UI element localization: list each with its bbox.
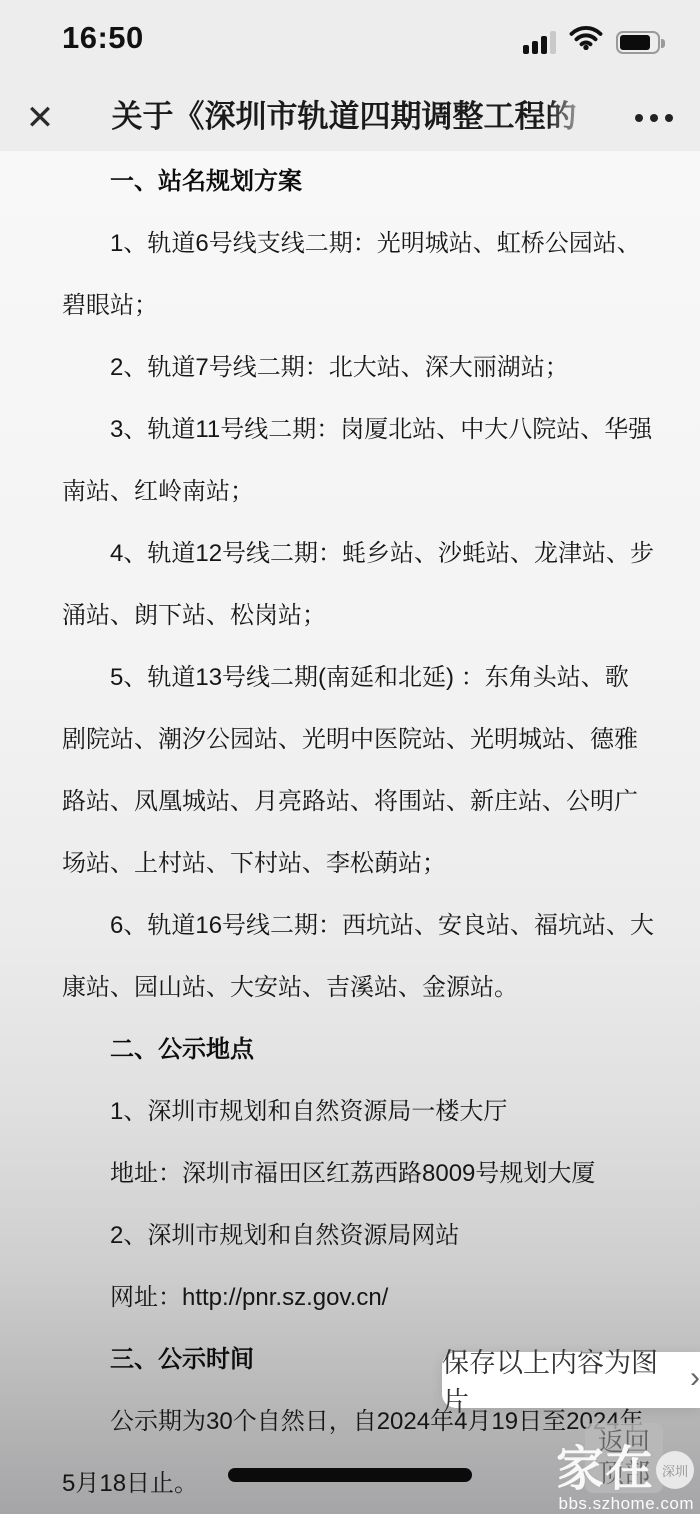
save-as-image-button[interactable]: 保存以上内容为图片 › <box>442 1352 700 1408</box>
back-to-top-button[interactable]: 返回 顶部 <box>585 1423 663 1493</box>
back-to-top-label-2: 顶部 <box>598 1458 650 1489</box>
status-icons <box>523 28 660 54</box>
doc-line: 1、轨道6号线支线二期：光明城站、虹桥公园站、 <box>0 213 700 275</box>
doc-line: 一、站名规划方案 <box>0 151 700 213</box>
doc-line: 2、深圳市规划和自然资源局网站 <box>0 1205 700 1267</box>
doc-line: 2、轨道7号线二期：北大站、深大丽湖站； <box>0 337 700 399</box>
doc-line: 路站、凤凰城站、月亮路站、将围站、新庄站、公明广 <box>0 771 700 833</box>
home-indicator[interactable] <box>228 1468 472 1482</box>
doc-line: 5、轨道13号线二期(南延和北延) ：东角头站、歌 <box>0 647 700 709</box>
clock: 16:50 <box>62 20 144 56</box>
doc-line: 康站、园山站、大安站、吉溪站、金源站。 <box>0 957 700 1019</box>
doc-line: 南站、红岭南站； <box>0 461 700 523</box>
doc-line: 地址：深圳市福田区红荔西路8009号规划大厦 <box>0 1143 700 1205</box>
back-to-top-label-1: 返回 <box>598 1427 650 1458</box>
doc-line: 6、轨道16号线二期：西坑站、安良站、福坑站、大 <box>0 895 700 957</box>
document-body: 一、站名规划方案1、轨道6号线支线二期：光明城站、虹桥公园站、碧眼站；2、轨道7… <box>0 151 700 1514</box>
doc-line: 1、深圳市规划和自然资源局一楼大厅 <box>0 1081 700 1143</box>
doc-line: 剧院站、潮汐公园站、光明中医院站、光明城站、德雅 <box>0 709 700 771</box>
status-bar: 16:50 <box>0 0 700 85</box>
title-wrap: 关于《深圳市轨道四期调整工程的 <box>80 85 608 151</box>
doc-line: 3、轨道11号线二期：岗厦北站、中大八院站、华强 <box>0 399 700 461</box>
close-icon[interactable]: ✕ <box>0 85 80 151</box>
wifi-icon <box>569 24 603 55</box>
title-fade <box>548 85 608 151</box>
chevron-right-icon: › <box>690 1363 700 1393</box>
cellular-signal-icon <box>523 31 556 54</box>
doc-line: 涌站、朗下站、松岗站； <box>0 585 700 647</box>
doc-line: 网址：http://pnr.sz.gov.cn/ <box>0 1267 700 1329</box>
more-icon[interactable] <box>608 85 700 151</box>
page-title: 关于《深圳市轨道四期调整工程的 <box>80 85 608 149</box>
doc-line: 二、公示地点 <box>0 1019 700 1081</box>
battery-icon <box>616 31 660 54</box>
phone-screen: 16:50 ✕ 关于《深圳市轨道四期调整工程的 一、站名规划方案1 <box>0 0 700 1514</box>
doc-line: 场站、上村站、下村站、李松蓢站； <box>0 833 700 895</box>
nav-bar: ✕ 关于《深圳市轨道四期调整工程的 <box>0 85 700 151</box>
doc-line: 碧眼站； <box>0 275 700 337</box>
doc-line: 4、轨道12号线二期：蚝乡站、沙蚝站、龙津站、步 <box>0 523 700 585</box>
save-as-image-label: 保存以上内容为图片 <box>442 1341 678 1419</box>
